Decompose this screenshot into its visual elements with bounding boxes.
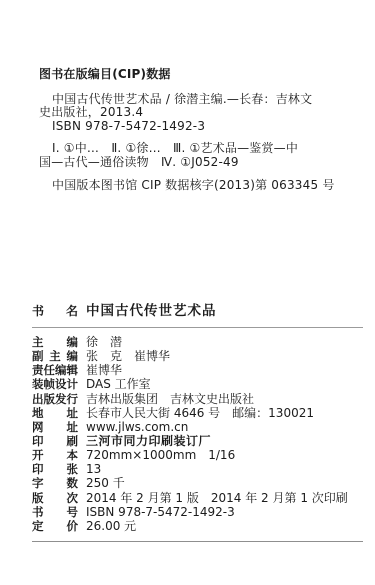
cip-line-classification-2: 国—古代—通俗读物 Ⅳ. ①J052-49: [39, 156, 344, 170]
row-value: 崔博华: [86, 363, 122, 377]
row-label: 印 张: [32, 462, 78, 476]
colophon-row-printed-sheets: 印 张 13: [32, 462, 363, 476]
row-value: 2014 年 2 月第 1 版 2014 年 2 月第 1 次印刷: [86, 491, 348, 505]
row-label: 印 刷: [32, 434, 78, 448]
cip-line-isbn: ISBN 978-7-5472-1492-3: [39, 120, 344, 134]
book-title: 中国古代传世艺术品: [86, 299, 217, 319]
row-value: 13: [86, 462, 101, 476]
colophon-block: 书 名 中国古代传世艺术品 主 编 徐 潜 副 主 编 张 克 崔博华 责任编辑…: [32, 299, 363, 542]
row-label: 出版发行: [32, 392, 78, 406]
row-value: 长春市人民大街 4646 号 邮编：130021: [86, 406, 314, 420]
row-value: 张 克 崔博华: [86, 349, 170, 363]
row-value: www.jlws.com.cn: [86, 420, 188, 434]
cip-line-record-number: 中国版本图书馆 CIP 数据核字(2013)第 063345 号: [39, 179, 344, 193]
row-value: ISBN 978-7-5472-1492-3: [86, 505, 235, 519]
colophon-row-format: 开 本 720mm×1000mm 1/16: [32, 448, 363, 462]
colophon-row-book-title: 书 名 中国古代传世艺术品: [32, 299, 363, 316]
colophon-row-isbn: 书 号 ISBN 978-7-5472-1492-3: [32, 505, 363, 519]
row-label: 版 次: [32, 491, 78, 505]
row-label: 开 本: [32, 448, 78, 462]
row-value: 三河市同力印刷装订厂: [86, 434, 211, 448]
colophon-row-edition: 版 次 2014 年 2 月第 1 版 2014 年 2 月第 1 次印刷: [32, 491, 363, 505]
row-value: DAS 工作室: [86, 377, 151, 391]
copyright-page: 图书在版编目(CIP)数据 中国古代传世艺术品 / 徐潜主编.—长春：吉林文 史…: [0, 0, 375, 585]
row-label: 字 数: [32, 476, 78, 490]
colophon-row-deputy-editor: 副 主 编 张 克 崔博华: [32, 349, 363, 363]
row-label: 装帧设计: [32, 377, 78, 391]
row-label: 书 名: [32, 302, 78, 319]
row-label: 书 号: [32, 505, 78, 519]
colophon-row-printer: 印 刷 三河市同力印刷装订厂: [32, 434, 363, 448]
colophon-row-binding-design: 装帧设计 DAS 工作室: [32, 377, 363, 391]
top-divider-line: [32, 327, 363, 328]
row-value: 250 千: [86, 476, 125, 490]
cip-header: 图书在版编目(CIP)数据: [39, 68, 344, 82]
colophon-row-website: 网 址 www.jlws.com.cn: [32, 420, 363, 434]
colophon-row-address: 地 址 长春市人民大街 4646 号 邮编：130021: [32, 406, 363, 420]
cip-line-2: 史出版社，2013.4: [39, 106, 344, 120]
cip-block: 图书在版编目(CIP)数据 中国古代传世艺术品 / 徐潜主编.—长春：吉林文 史…: [39, 68, 344, 192]
row-label: 网 址: [32, 420, 78, 434]
row-label: 责任编辑: [32, 363, 78, 377]
row-label: 主 编: [32, 335, 78, 349]
row-label: 副 主 编: [32, 349, 78, 363]
row-value: 徐 潜: [86, 335, 122, 349]
row-value: 吉林出版集团 吉林文史出版社: [86, 392, 254, 406]
colophon-row-price: 定 价 26.00 元: [32, 519, 363, 533]
colophon-row-chief-editor: 主 编 徐 潜: [32, 335, 363, 349]
bottom-divider-line: [32, 541, 363, 542]
colophon-row-publisher: 出版发行 吉林出版集团 吉林文史出版社: [32, 392, 363, 406]
colophon-row-word-count: 字 数 250 千: [32, 476, 363, 490]
cip-line-classification-1: Ⅰ. ①中… Ⅱ. ①徐… Ⅲ. ①艺术品—鉴赏—中: [39, 142, 344, 156]
row-value: 26.00 元: [86, 519, 136, 533]
row-value: 720mm×1000mm 1/16: [86, 448, 235, 462]
colophon-row-responsible-editor: 责任编辑 崔博华: [32, 363, 363, 377]
row-label: 定 价: [32, 519, 78, 533]
row-label: 地 址: [32, 406, 78, 420]
